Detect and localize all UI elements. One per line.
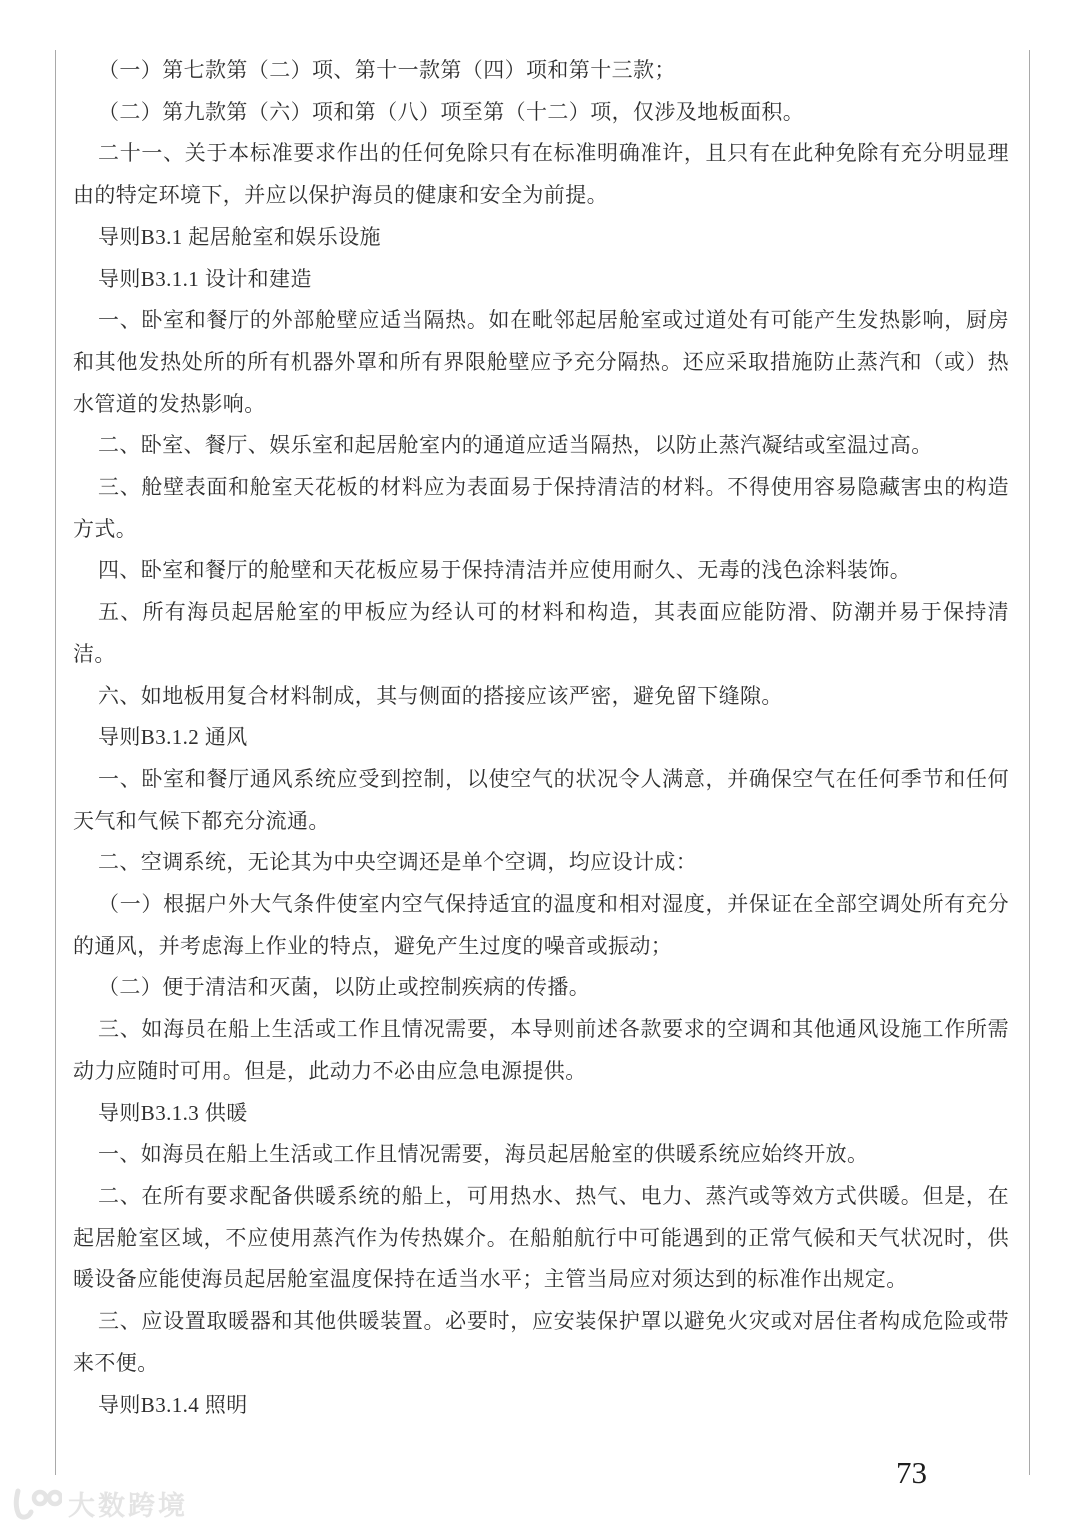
page-number: 73 (896, 1455, 927, 1491)
watermark-brand: 大数跨境 (68, 1484, 188, 1523)
paragraph: （一）第七款第（二）项、第十一款第（四）项和第十三款； (73, 50, 1009, 92)
paragraph: 五、所有海员起居舱室的甲板应为经认可的材料和构造，其表面应能防滑、防潮并易于保持… (73, 592, 1009, 675)
watermark: 大数跨境 (10, 1484, 188, 1523)
paragraph: 二、空调系统，无论其为中央空调还是单个空调，均应设计成： (73, 842, 1009, 884)
smile-100-logo-icon (10, 1487, 62, 1521)
paragraph: 三、如海员在船上生活或工作且情况需要，本导则前述各款要求的空调和其他通风设施工作… (73, 1009, 1009, 1092)
paragraph: 一、卧室和餐厅通风系统应受到控制，以使空气的状况令人满意，并确保空气在任何季节和… (73, 759, 1009, 842)
paragraph: （二）便于清洁和灭菌，以防止或控制疾病的传播。 (73, 967, 1009, 1009)
paragraph: 导则B3.1.3 供暖 (73, 1093, 1009, 1135)
paragraph: 二十一、关于本标准要求作出的任何免除只有在标准明确准许，且只有在此种免除有充分明… (73, 133, 1009, 216)
paragraph: 一、卧室和餐厅的外部舱壁应适当隔热。如在毗邻起居舱室或过道处有可能产生发热影响，… (73, 300, 1009, 425)
page-border-right (1029, 50, 1030, 1475)
document-body: （一）第七款第（二）项、第十一款第（四）项和第十三款；（二）第九款第（六）项和第… (73, 50, 1009, 1426)
paragraph: 二、在所有要求配备供暖系统的船上，可用热水、热气、电力、蒸汽或等效方式供暖。但是… (73, 1176, 1009, 1301)
paragraph: 导则B3.1 起居舱室和娱乐设施 (73, 217, 1009, 259)
paragraph: 导则B3.1.4 照明 (73, 1385, 1009, 1427)
paragraph: （一）根据户外大气条件使室内空气保持适宜的温度和相对湿度，并保证在全部空调处所有… (73, 884, 1009, 967)
paragraph: 三、应设置取暖器和其他供暖装置。必要时，应安装保护罩以避免火灾或对居住者构成危险… (73, 1301, 1009, 1384)
paragraph: 四、卧室和餐厅的舱壁和天花板应易于保持清洁并应使用耐久、无毒的浅色涂料装饰。 (73, 550, 1009, 592)
page-border-left (55, 50, 56, 1475)
paragraph: 导则B3.1.1 设计和建造 (73, 259, 1009, 301)
paragraph: （二）第九款第（六）项和第（八）项至第（十二）项，仅涉及地板面积。 (73, 92, 1009, 134)
paragraph: 一、如海员在船上生活或工作且情况需要，海员起居舱室的供暖系统应始终开放。 (73, 1134, 1009, 1176)
paragraph: 三、舱壁表面和舱室天花板的材料应为表面易于保持清洁的材料。不得使用容易隐藏害虫的… (73, 467, 1009, 550)
paragraph: 导则B3.1.2 通风 (73, 717, 1009, 759)
paragraph: 二、卧室、餐厅、娱乐室和起居舱室内的通道应适当隔热，以防止蒸汽凝结或室温过高。 (73, 425, 1009, 467)
paragraph: 六、如地板用复合材料制成，其与侧面的搭接应该严密，避免留下缝隙。 (73, 676, 1009, 718)
document-page: （一）第七款第（二）项、第十一款第（四）项和第十三款；（二）第九款第（六）项和第… (0, 0, 1080, 1528)
